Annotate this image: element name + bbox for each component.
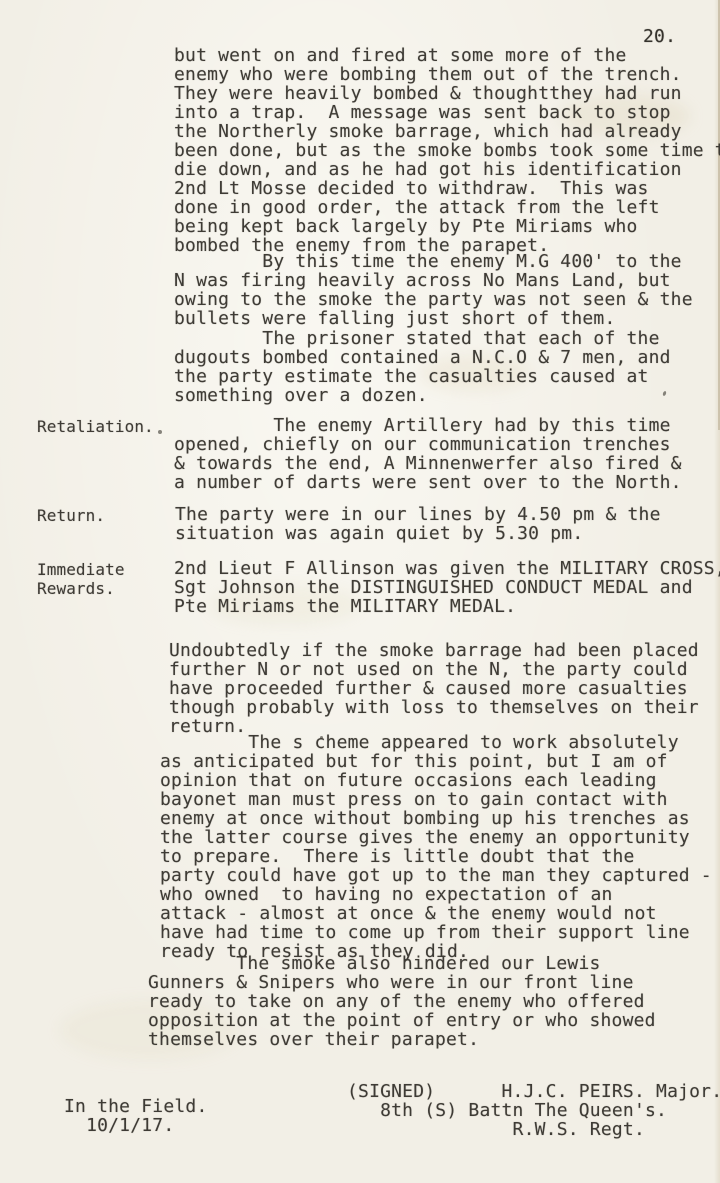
document-page: 20. but went on and fired at some more o…: [0, 0, 720, 1183]
signature-block: (SIGNED) H.J.C. PEIRS. Major. 8th (S) Ba…: [347, 1082, 720, 1139]
section-text-retaliation: The enemy Artillery had by this time ope…: [174, 416, 682, 492]
body-paragraph-machine-gun: By this time the enemy M.G 400' to the N…: [174, 252, 693, 328]
ink-speck: [158, 430, 162, 434]
section-label-return: Return.: [37, 506, 105, 525]
section-label-retaliation: Retaliation.: [37, 417, 154, 436]
section-text-immediate-rewards: 2nd Lieut F Allinson was given the MILIT…: [174, 559, 720, 616]
section-text-return: The party were in our lines by 4.50 pm &…: [175, 505, 661, 543]
page-number: 20.: [643, 27, 676, 46]
body-paragraph-prisoner: The prisoner stated that each of the dug…: [174, 329, 671, 405]
footer-place-date: In the Field. 10/1/17.: [64, 1097, 207, 1135]
section-label-immediate-rewards: Immediate Rewards.: [37, 560, 125, 598]
commentary-paragraph-scheme: The s cheme appeared to work absolutely …: [160, 733, 712, 961]
commentary-paragraph-lewis-gunners: The smoke also hindered our Lewis Gunner…: [148, 954, 656, 1049]
commentary-paragraph-smoke-barrage: Undoubtedly if the smoke barrage had bee…: [169, 641, 699, 736]
body-paragraph-continuation: but went on and fired at some more of th…: [174, 46, 720, 255]
